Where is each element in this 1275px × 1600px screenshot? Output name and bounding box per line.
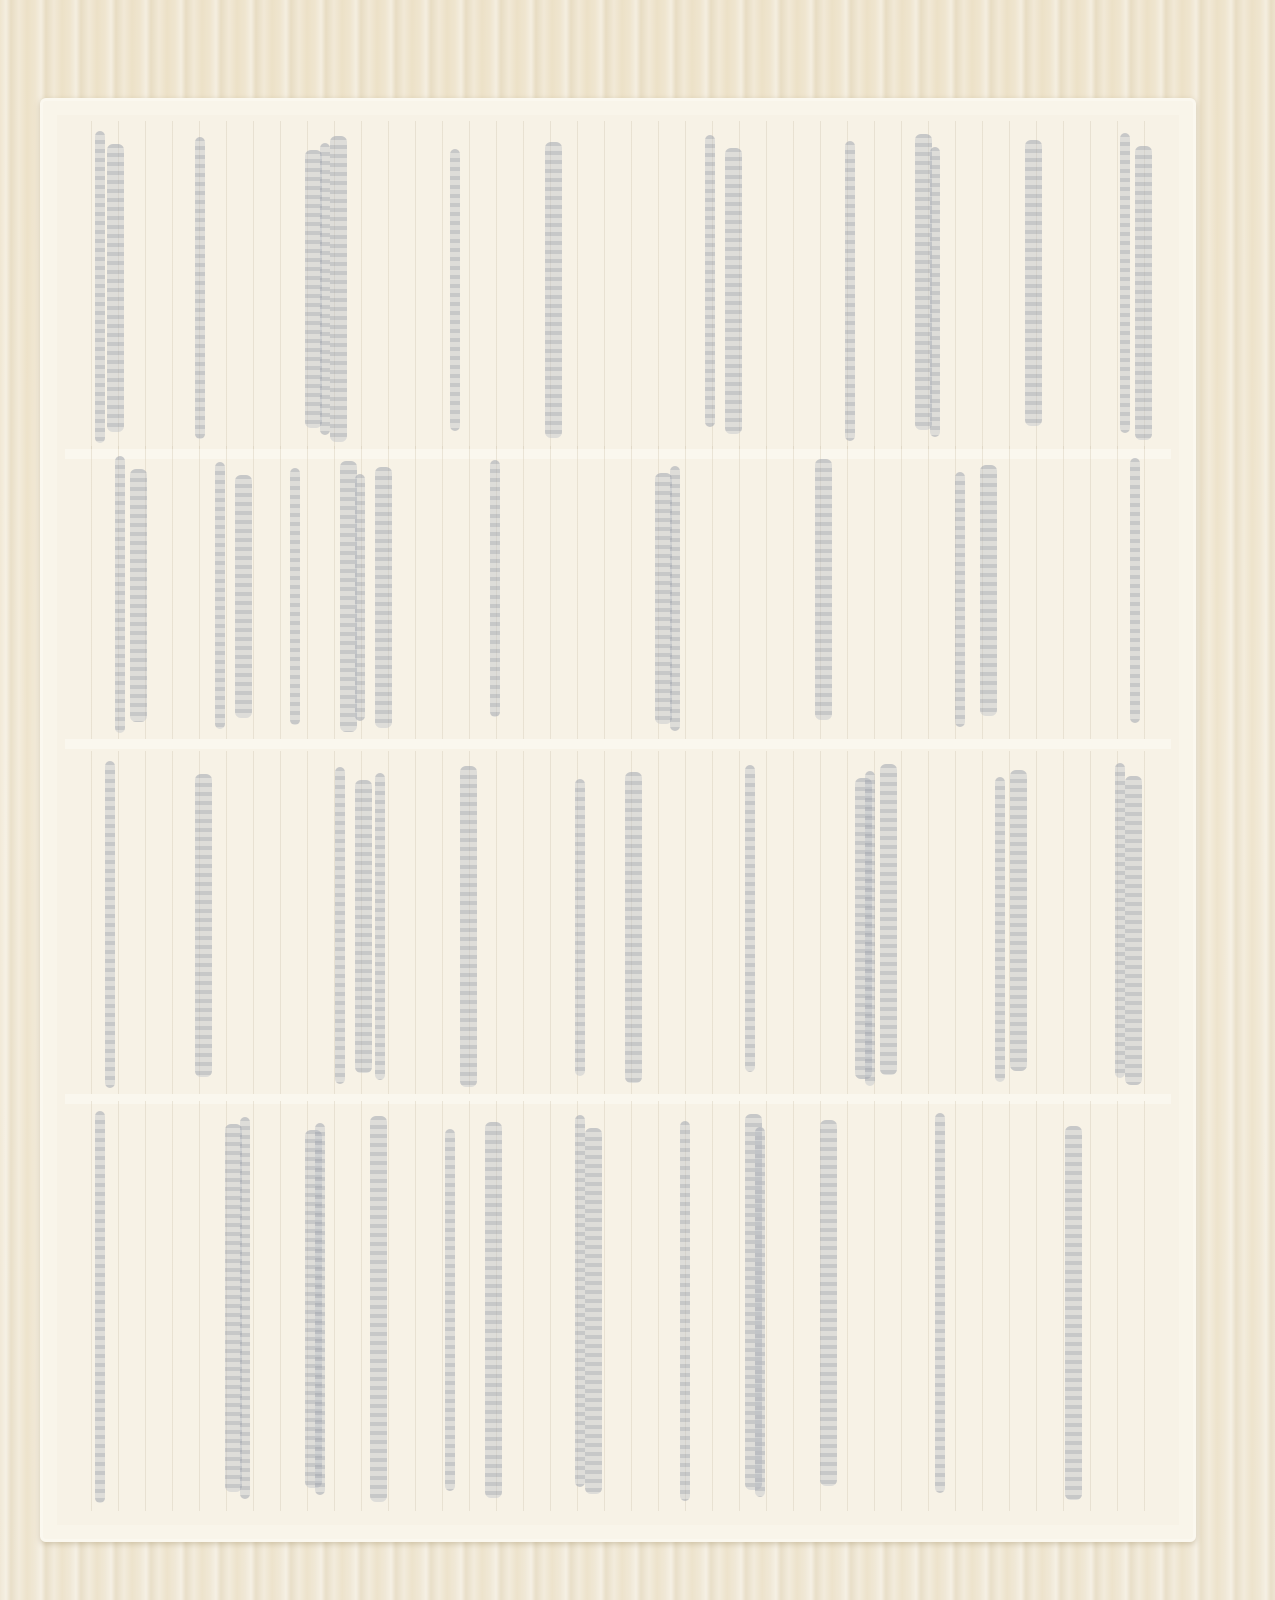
gray-stripe [485,1122,502,1498]
gray-stripe [575,1115,585,1487]
rug-row [65,446,1171,741]
gray-stripe [215,462,225,729]
rug-row [65,751,1171,1096]
gray-stripe [450,149,460,431]
gray-stripe [545,142,562,438]
gray-stripe [330,136,347,442]
gray-stripe [1120,133,1130,433]
pile-ridges [65,446,1171,741]
gray-stripe [355,780,372,1073]
pile-ridges [65,751,1171,1096]
gray-stripe [725,148,742,434]
gray-stripe [585,1128,602,1494]
gray-stripe [1010,770,1027,1071]
gray-stripe [935,1113,945,1493]
gray-stripe [1025,140,1042,426]
gray-stripe [107,144,124,432]
shag-rug [40,98,1196,1542]
gray-stripe [820,1120,837,1486]
gray-stripe [195,774,212,1077]
gray-stripe [930,147,940,437]
gray-stripe [670,466,680,731]
gray-stripe [880,764,897,1075]
gray-stripe [240,1117,250,1499]
gray-stripe [625,772,642,1083]
gray-stripe [115,456,125,733]
gray-stripe [95,1111,105,1503]
gray-stripe [370,1116,387,1502]
pile-ridges [65,121,1171,451]
gray-stripe [845,141,855,441]
gray-stripe [745,765,755,1072]
gray-stripe [355,474,365,721]
gray-stripe [195,137,205,439]
gray-stripe [375,467,392,728]
rug-row [65,121,1171,451]
gray-stripe [955,472,965,727]
rug-row [65,1101,1171,1511]
row-divider [65,739,1171,749]
gray-stripe [460,766,477,1087]
gray-stripe [755,1127,765,1497]
gray-stripe [995,777,1005,1082]
gray-stripe [1135,146,1152,440]
gray-stripe [105,761,115,1088]
gray-stripe [815,459,832,720]
gray-stripe [315,1123,325,1495]
gray-stripe [1065,1126,1082,1500]
gray-stripe [1130,458,1140,723]
gray-stripe [235,475,252,718]
gray-stripe [490,460,500,717]
gray-stripe [290,468,300,725]
gray-stripe [705,135,715,427]
gray-stripe [375,773,385,1080]
gray-stripe [865,771,875,1086]
gray-stripe [445,1129,455,1491]
gray-stripe [575,779,585,1076]
gray-stripe [980,465,997,716]
gray-stripe [335,767,345,1084]
gray-stripe [680,1121,690,1501]
gray-stripe [1125,776,1142,1085]
gray-stripe [1115,763,1125,1078]
gray-stripe [95,131,105,443]
gray-stripe [320,143,330,435]
gray-stripe [130,469,147,722]
